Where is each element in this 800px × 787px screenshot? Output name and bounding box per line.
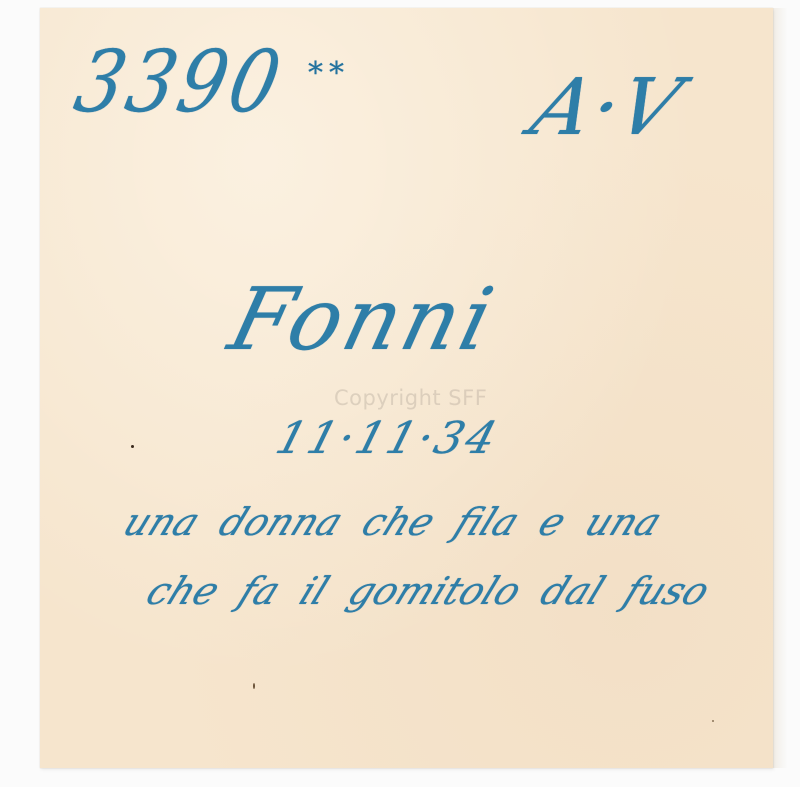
paper-speck (131, 445, 134, 448)
caption-line-1: una donna che fila e una (117, 500, 668, 544)
date: 11·11·34 (270, 413, 505, 464)
catalog-number: 3390 (67, 33, 292, 132)
author-initials: A·V (521, 63, 694, 153)
paper-speck (712, 720, 714, 722)
paper-speck (253, 683, 255, 689)
place-name: Fonni (220, 270, 505, 370)
copyright-watermark: Copyright SFF (334, 386, 487, 410)
catalog-star-marks: ** (308, 56, 350, 91)
caption-line-2: che fa il gomitolo dal fuso (140, 569, 716, 613)
back-card-edge (772, 8, 787, 768)
archive-card: 3390 ** A·V Fonni Copyright SFF 11·11·34… (40, 8, 773, 768)
